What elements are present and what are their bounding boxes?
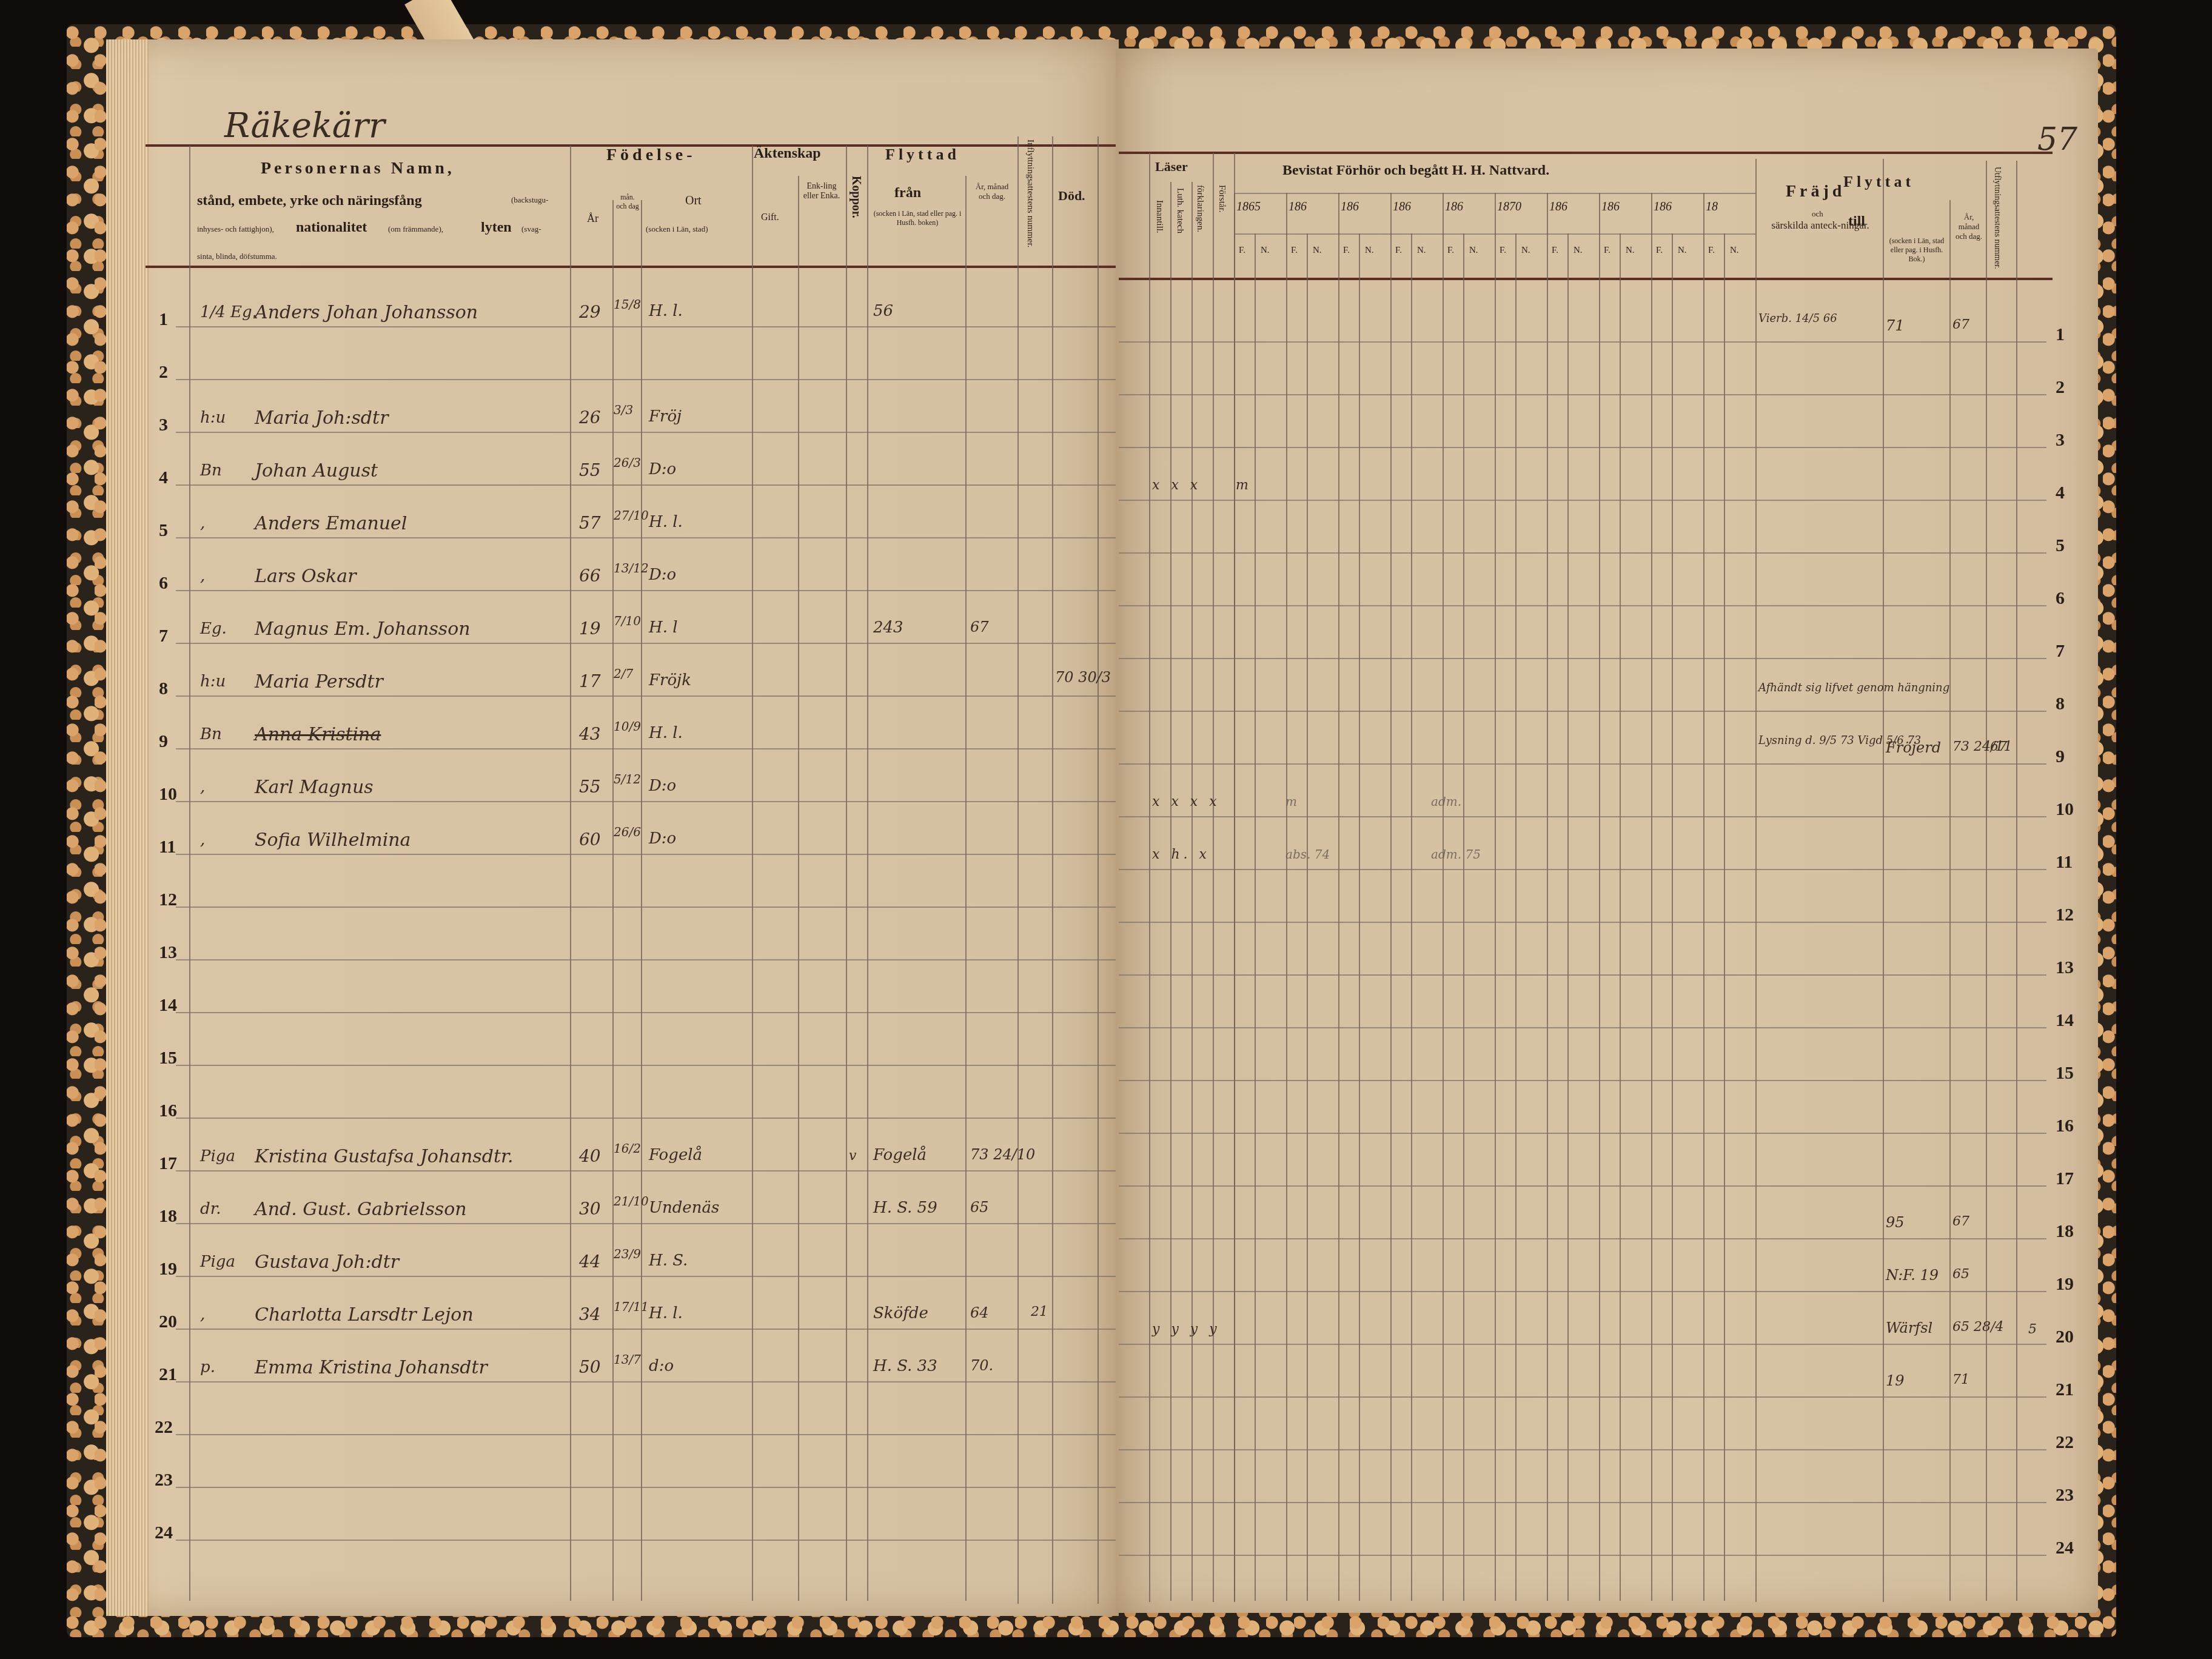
birth-date: 3/3 — [614, 403, 633, 417]
birth-place: H. l — [649, 618, 678, 637]
birth-year: 40 — [579, 1146, 601, 1166]
row-rule — [1119, 1133, 2046, 1134]
header-bottom-rule — [146, 266, 1116, 268]
row-number: 14 — [2056, 1010, 2074, 1031]
row-number: 6 — [159, 573, 168, 594]
header-frajd: Fräjd — [1786, 182, 1845, 201]
header-bevistat: Bevistat Förhör och begått H. H. Nattvar… — [1282, 163, 1549, 179]
row-prefix: , — [200, 567, 205, 585]
row-number: 16 — [159, 1101, 177, 1121]
birth-year: 60 — [579, 829, 601, 850]
row-rule — [1119, 500, 2046, 501]
row-rule — [1119, 605, 2046, 606]
row-number: 2 — [2056, 377, 2065, 398]
birth-date: 26/6 — [614, 825, 641, 839]
n-header: N. — [1261, 246, 1270, 256]
f-header: F. — [1447, 246, 1454, 256]
f-header: F. — [1395, 246, 1402, 256]
fn-col-line — [1515, 233, 1517, 1601]
birth-place: H. l. — [649, 302, 683, 320]
row-rule — [1119, 974, 2046, 976]
birth-year: 55 — [579, 777, 601, 797]
person-name: Sofia Wilhelmina — [255, 829, 411, 851]
row-number: 16 — [2056, 1116, 2074, 1136]
row-number: 5 — [159, 520, 168, 541]
birth-date: 7/10 — [614, 614, 641, 628]
row-number: 23 — [155, 1470, 173, 1490]
row-number: 11 — [159, 837, 176, 857]
moved-from-day: 21 — [1031, 1304, 1048, 1319]
year-header: 1865 — [1236, 200, 1261, 214]
birth-date: 2/7 — [614, 666, 633, 681]
year-col-line — [1495, 193, 1496, 1601]
f-header: F. — [1343, 246, 1350, 256]
row-number: 24 — [2056, 1538, 2074, 1558]
attendance-note: adm. 75 — [1431, 847, 1481, 862]
row-rule — [176, 1170, 1116, 1171]
row-rule — [176, 1381, 1116, 1382]
row-prefix: Bn — [200, 461, 222, 480]
col-line — [752, 146, 753, 1601]
row-rule — [1119, 1396, 2046, 1398]
header-names-title: Personernas Namn, — [261, 159, 455, 178]
birth-place: D:o — [649, 829, 676, 848]
page-edges — [106, 39, 149, 1616]
row-number: 22 — [2056, 1432, 2074, 1453]
year-header: 186 — [1393, 200, 1411, 214]
moved-from-year: 70. — [970, 1357, 993, 1374]
row-rule — [1119, 711, 2046, 712]
row-number: 12 — [159, 890, 177, 910]
row-rule — [176, 695, 1116, 697]
moved-from-year: 64 — [970, 1304, 989, 1321]
header-till-sub: (socken i Län, stad eller pag. i Husfh. … — [1885, 236, 1949, 264]
year-col-line — [1703, 193, 1704, 1601]
right-page — [1116, 49, 2098, 1613]
row-prefix: , — [200, 1305, 205, 1324]
fn-col-line — [1620, 233, 1621, 1601]
birth-place: H. l. — [649, 724, 683, 742]
col-line — [846, 146, 847, 1601]
header-fodelse-man: mån. och dag — [615, 193, 640, 211]
row-rule — [1119, 341, 2046, 343]
moved-from: 243 — [873, 618, 903, 637]
row-number: 4 — [2056, 483, 2065, 503]
row-number: 2 — [159, 362, 168, 383]
row-number: 18 — [2056, 1221, 2074, 1242]
frajd-note: Vierb. 14/5 66 — [1758, 312, 1952, 325]
frajd-note: Afhändt sig lifvet genom hängning — [1758, 682, 1952, 694]
col-line — [1052, 136, 1053, 1604]
f-header: F. — [1708, 246, 1715, 256]
row-number: 14 — [159, 995, 177, 1016]
n-header: N. — [1469, 246, 1478, 256]
header-koppor: Koppor. — [849, 176, 863, 218]
col-line — [641, 200, 642, 1601]
year-header: 186 — [1289, 200, 1307, 214]
row-rule — [1119, 552, 2046, 554]
row-number: 20 — [2056, 1327, 2074, 1347]
header-fodelse: Födelse- — [606, 146, 696, 165]
moved-to: Fröjerd — [1886, 739, 1941, 756]
row-rule — [176, 1065, 1116, 1066]
header-top-rule-right — [1119, 152, 2053, 154]
place-heading: Räkekärr — [224, 106, 385, 146]
forstar-mark: m — [1236, 478, 1248, 493]
fn-col-line — [1672, 233, 1673, 1601]
row-number: 18 — [159, 1206, 177, 1227]
header-names-line3-small: inhyses- och fattighjon), — [197, 224, 274, 234]
n-header: N. — [1365, 246, 1374, 256]
birth-year: 57 — [579, 513, 601, 533]
row-prefix: p. — [200, 1358, 215, 1376]
laser-marks: x h. x — [1152, 847, 1210, 862]
year-col-line — [1547, 193, 1548, 1601]
person-name: Anna Kristina — [255, 724, 381, 745]
birth-date: 5/12 — [614, 772, 641, 786]
moved-to-year: 65 28/4 — [1952, 1319, 2003, 1335]
header-flyttad: Flyttad — [885, 146, 960, 164]
col-line — [1149, 153, 1150, 1602]
header-names-line2-small: (backstugu- — [511, 195, 548, 205]
birth-year: 26 — [579, 407, 601, 427]
person-name: Charlotta Larsdtr Lejon — [255, 1304, 474, 1326]
row-number: 15 — [159, 1048, 177, 1068]
moved-from: H. S. 59 — [873, 1199, 937, 1217]
birth-place: H. l. — [649, 1304, 683, 1322]
header-luth-katech: Luth. katech — [1175, 188, 1185, 233]
birth-year: 19 — [579, 618, 601, 638]
year-col-line — [1286, 193, 1287, 1601]
koppor-mark: v — [849, 1148, 856, 1164]
header-aktenskap: Äktenskap — [754, 146, 821, 162]
moved-to: 95 — [1886, 1214, 1905, 1231]
header-forstar: Förstår. — [1216, 185, 1227, 212]
moved-from: 56 — [873, 302, 893, 320]
laser-marks: x x x — [1152, 478, 1201, 493]
person-name: Lars Oskar — [255, 566, 356, 587]
moved-from: Sköfde — [873, 1304, 928, 1322]
f-header: F. — [1656, 246, 1663, 256]
person-name: Maria Persdtr — [255, 671, 383, 692]
birth-place: Fröj — [649, 407, 682, 426]
birth-place: H. l. — [649, 513, 683, 531]
n-header: N. — [1626, 246, 1635, 256]
row-prefix: Piga — [200, 1253, 235, 1271]
year-header: 186 — [1549, 200, 1567, 214]
year-col-line — [1234, 193, 1235, 1601]
row-rule — [176, 537, 1116, 538]
person-name: Anders Emanuel — [255, 513, 407, 534]
header-frajd-och: och — [1812, 209, 1823, 219]
f-header: F. — [1500, 246, 1506, 256]
row-rule — [1119, 763, 2046, 765]
row-rule — [176, 959, 1116, 960]
row-number: 15 — [2056, 1063, 2074, 1084]
birth-date: 16/2 — [614, 1141, 641, 1156]
header-enkling: Enk-ling eller Enka. — [800, 182, 843, 201]
birth-year: 43 — [579, 724, 601, 744]
header-utflyttning: Utflyttningsattestens nummer. — [1992, 167, 2002, 282]
moved-to-year: 65 — [1952, 1267, 1969, 1282]
row-number: 21 — [159, 1364, 177, 1385]
row-rule — [176, 1434, 1116, 1435]
f-header: F. — [1552, 246, 1558, 256]
f-header: F. — [1239, 246, 1245, 256]
header-fodelse-ar: År — [587, 212, 598, 225]
year-header: 1870 — [1497, 200, 1521, 214]
death-date: 70 30/3 — [1055, 669, 1111, 686]
header-inflyttning: Inflyttningsattestens nummer. — [1025, 139, 1035, 261]
row-rule — [176, 1118, 1116, 1119]
header-till: till — [1848, 213, 1865, 230]
birth-year: 17 — [579, 671, 601, 691]
header-names-line3d: (svag- — [521, 224, 541, 234]
row-number: 19 — [2056, 1274, 2074, 1295]
row-number: 13 — [2056, 957, 2074, 978]
moved-to-day: 67 — [1990, 739, 2007, 754]
row-number: 3 — [2056, 430, 2065, 451]
year-header: 18 — [1706, 200, 1718, 214]
row-number: 19 — [159, 1259, 177, 1279]
person-name: Maria Joh:sdtr — [255, 407, 388, 429]
header-laser: Läser — [1155, 159, 1188, 175]
row-rule — [1119, 447, 2046, 448]
birth-place: Undenäs — [649, 1199, 719, 1217]
person-name: Gustava Joh:dtr — [255, 1252, 399, 1273]
year-col-line — [1390, 193, 1392, 1601]
row-rule — [176, 854, 1116, 855]
col-line — [1755, 159, 1757, 1602]
col-line — [1017, 136, 1019, 1604]
row-number: 24 — [155, 1523, 173, 1543]
row-rule — [1119, 1502, 2046, 1503]
birth-date: 26/3 — [614, 455, 641, 470]
moved-to-year: 67 — [1952, 317, 1969, 332]
row-number: 10 — [159, 784, 177, 805]
row-prefix: Piga — [200, 1147, 235, 1165]
year-col-line — [1443, 193, 1444, 1601]
header-fran: från — [894, 185, 921, 201]
year-header: 186 — [1601, 200, 1620, 214]
year-col-line — [1599, 193, 1600, 1601]
birth-place: H. S. — [649, 1252, 688, 1270]
attendance-note: m — [1285, 794, 1297, 809]
n-header: N. — [1574, 246, 1583, 256]
moved-to: Wärfsl — [1886, 1319, 1932, 1336]
row-rule — [1119, 1238, 2046, 1239]
row-rule — [1119, 1080, 2046, 1081]
col-line — [1098, 136, 1099, 1604]
header-fodelse-ort-sub: (socken i Län, stad) — [646, 224, 708, 234]
row-rule — [176, 643, 1116, 644]
birth-date: 13/12 — [614, 561, 649, 575]
row-rule — [176, 1276, 1116, 1277]
fn-col-line — [1255, 233, 1256, 1601]
birth-place: D:o — [649, 460, 676, 478]
birth-year: 55 — [579, 460, 601, 480]
moved-from-year: 67 — [970, 618, 989, 635]
f-header: F. — [1604, 246, 1610, 256]
row-rule — [176, 1540, 1116, 1541]
row-rule — [176, 379, 1116, 380]
person-name: Magnus Em. Johansson — [255, 618, 471, 640]
row-number: 7 — [159, 626, 168, 646]
row-rule — [1119, 658, 2046, 659]
header-fran-sub: (socken i Län, stad eller pag. i Husfh. … — [872, 209, 963, 227]
row-prefix: h:u — [200, 409, 226, 427]
row-number: 3 — [159, 415, 168, 435]
header-names-nationalitet: nationalitet — [296, 220, 367, 236]
header-names-line4: sinta, blinda, döfstumma. — [197, 252, 277, 261]
row-rule — [1119, 1449, 2046, 1450]
row-number: 4 — [159, 468, 168, 488]
header-bottom-rule-right — [1119, 278, 2053, 280]
n-header: N. — [1417, 246, 1426, 256]
moved-to: 19 — [1886, 1372, 1905, 1389]
moved-from-year: 65 — [970, 1199, 989, 1216]
row-prefix: , — [200, 514, 205, 532]
col-line — [1949, 200, 1951, 1601]
year-header: 186 — [1341, 200, 1359, 214]
laser-marks: y y y y — [1152, 1322, 1221, 1337]
person-name: Karl Magnus — [255, 777, 374, 798]
person-name: Kristina Gustafsa Johansdtr. — [255, 1146, 514, 1167]
year-col-line — [1651, 193, 1652, 1601]
year-header: 186 — [1445, 200, 1463, 214]
row-number: 5 — [2056, 535, 2065, 556]
header-forklaringen: förklaringen. — [1195, 185, 1205, 232]
fn-col-line — [1307, 233, 1308, 1601]
fn-col-line — [1463, 233, 1464, 1601]
row-rule — [176, 1223, 1116, 1224]
row-number: 21 — [2056, 1379, 2074, 1400]
row-prefix: Bn — [200, 725, 222, 743]
row-rule — [1119, 816, 2046, 817]
row-rule — [1119, 869, 2046, 870]
person-name: And. Gust. Gabrielsson — [255, 1199, 467, 1220]
n-header: N. — [1678, 246, 1687, 256]
header-names-line3b: (om främmande), — [388, 224, 443, 234]
row-number: 7 — [2056, 641, 2065, 662]
row-number: 1 — [2056, 324, 2065, 345]
row-rule — [1119, 1555, 2046, 1556]
birth-year: 34 — [579, 1304, 601, 1324]
birth-year: 66 — [579, 566, 601, 586]
col-line — [867, 146, 868, 1601]
row-prefix: Eg. — [200, 620, 227, 638]
person-name: Anders Johan Johansson — [255, 302, 478, 323]
moved-from: H. S. 33 — [873, 1357, 937, 1375]
header-fodelse-ort: Ort — [685, 194, 702, 208]
person-name: Johan August — [255, 460, 378, 481]
header-dod: Död. — [1058, 188, 1085, 204]
fn-col-line — [1359, 233, 1360, 1601]
moved-from-year: 73 24/10 — [970, 1146, 1035, 1163]
moved-to: 71 — [1886, 317, 1905, 334]
fn-col-line — [1724, 233, 1725, 1601]
col-line — [798, 176, 799, 1601]
n-header: N. — [1730, 246, 1739, 256]
col-line — [1883, 159, 1884, 1602]
col-line — [570, 146, 571, 1601]
moved-to-year: 67 — [1952, 1214, 1969, 1229]
birth-place: d:o — [649, 1357, 674, 1375]
birth-year: 44 — [579, 1252, 601, 1272]
year-header: 186 — [1654, 200, 1672, 214]
row-rule — [1119, 922, 2046, 923]
col-line — [1986, 161, 1987, 1601]
birth-year: 30 — [579, 1199, 601, 1219]
birth-place: D:o — [649, 777, 676, 795]
row-number: 13 — [159, 942, 177, 963]
f-header: F. — [1291, 246, 1298, 256]
row-rule — [176, 1487, 1116, 1488]
birth-year: 29 — [579, 302, 601, 322]
header-flyttat-ar: År, månad och dag. — [1952, 212, 1985, 241]
fn-col-line — [1567, 233, 1569, 1601]
year-col-line — [1338, 193, 1339, 1601]
row-number: 17 — [2056, 1168, 2074, 1189]
moved-from: Fogelå — [873, 1146, 927, 1164]
row-number: 12 — [2056, 905, 2074, 925]
person-name: Emma Kristina Johansdtr — [255, 1357, 488, 1378]
birth-date: 10/9 — [614, 719, 641, 734]
birth-date: 23/9 — [614, 1247, 641, 1261]
row-number: 22 — [155, 1417, 173, 1438]
utflyttning-number: 5 — [2028, 1322, 2037, 1337]
birth-place: Fröjk — [649, 671, 691, 689]
row-rule — [1119, 1027, 2046, 1028]
row-number: 23 — [2056, 1485, 2074, 1506]
birth-place: D:o — [649, 566, 676, 584]
row-prefix: , — [200, 831, 205, 849]
birth-date: 27/10 — [614, 508, 649, 523]
birth-date: 17/11 — [614, 1299, 649, 1314]
birth-date: 15/8 — [614, 297, 641, 312]
attendance-note: abs. 74 — [1285, 847, 1330, 862]
birth-date: 13/7 — [614, 1352, 641, 1367]
laser-marks: x x x x — [1152, 794, 1221, 809]
row-prefix: 1/4 Eg. — [200, 303, 257, 321]
row-rule — [1119, 1344, 2046, 1345]
row-rule — [1119, 1291, 2046, 1292]
header-gift: Gift. — [761, 212, 779, 223]
row-rule — [176, 326, 1116, 327]
col-line — [965, 176, 967, 1601]
header-innantill: Innantill. — [1154, 200, 1164, 233]
row-rule — [176, 1329, 1116, 1330]
col-line — [189, 146, 190, 1601]
n-header: N. — [1521, 246, 1530, 256]
header-names-lyten: lyten — [481, 220, 512, 236]
row-number: 1 — [159, 309, 168, 330]
row-rule — [1119, 1185, 2046, 1187]
row-prefix: h:u — [200, 672, 226, 691]
row-number: 10 — [2056, 799, 2074, 820]
row-number: 20 — [159, 1312, 177, 1332]
row-rule — [176, 432, 1116, 433]
row-rule — [1119, 394, 2046, 395]
moved-to-year: 71 — [1952, 1372, 1969, 1387]
row-rule — [176, 1012, 1116, 1013]
row-rule — [176, 801, 1116, 802]
row-number: 8 — [2056, 694, 2065, 714]
birth-date: 21/10 — [614, 1194, 649, 1208]
row-rule — [176, 484, 1116, 486]
fn-col-line — [1411, 233, 1412, 1601]
row-number: 17 — [159, 1153, 177, 1174]
